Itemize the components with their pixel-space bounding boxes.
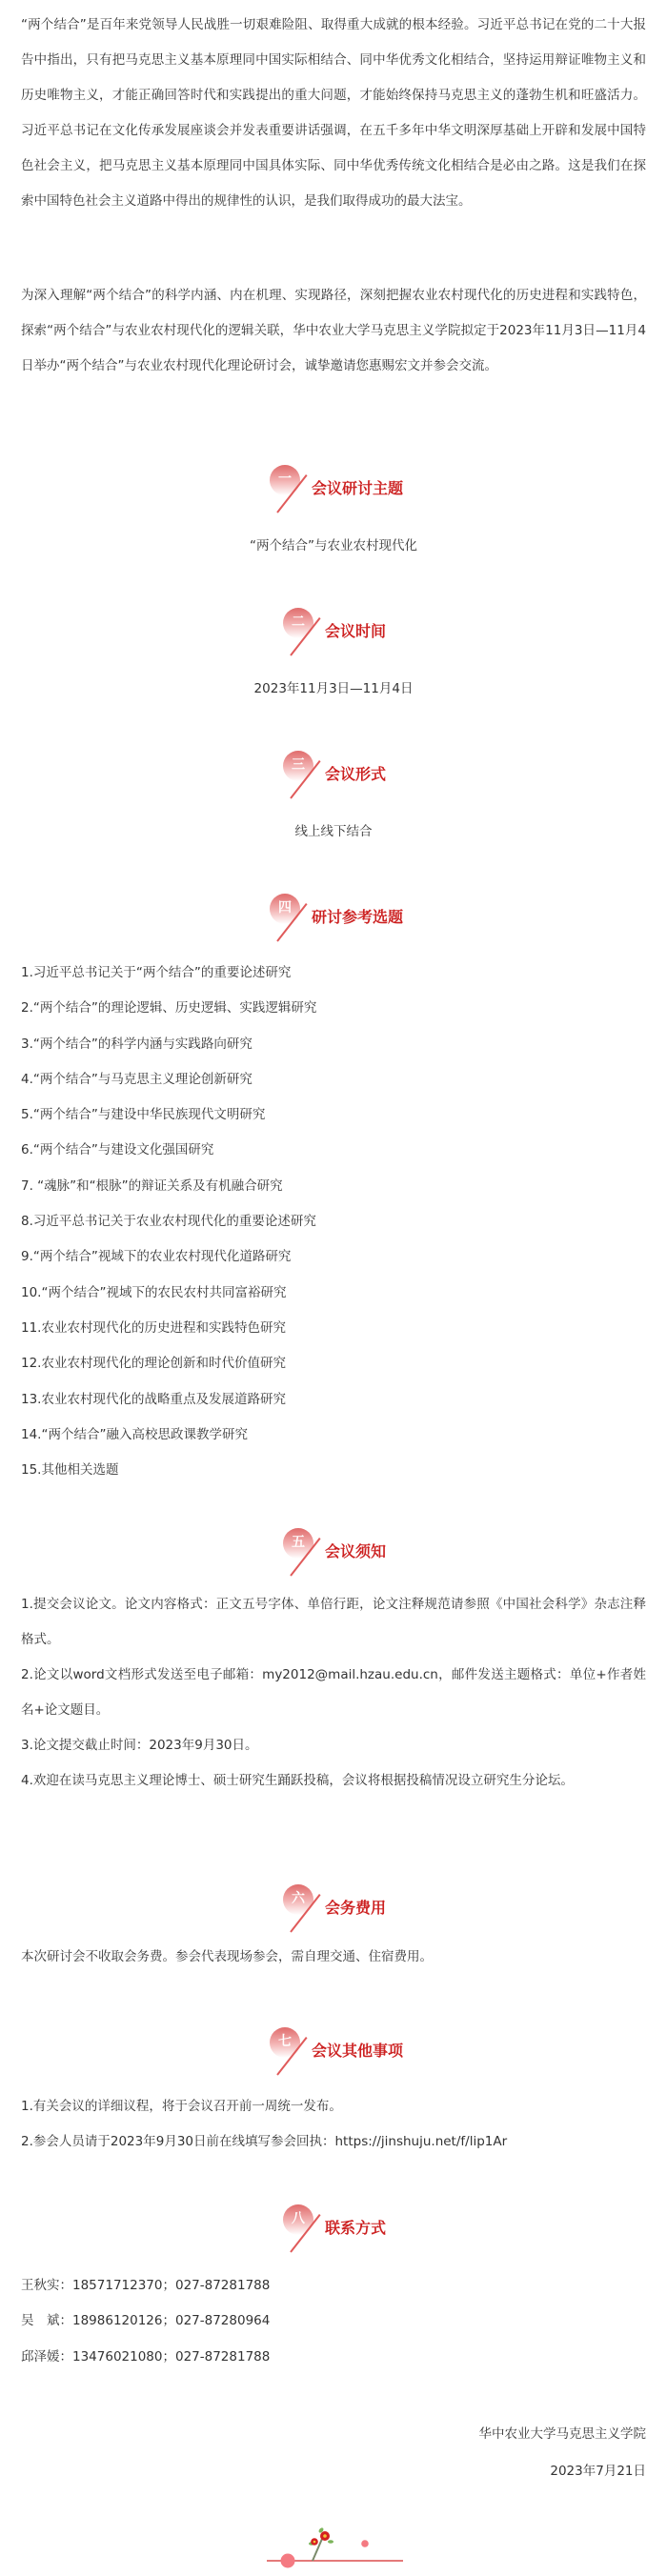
section-content-fees: 本次研讨会不收取会务费。参会代表现场参会，需自理交通、住宿费用。 (21, 1940, 646, 1975)
list-item: 2.论文以word文档形式发送至电子邮箱：my2012@mail.hzau.ed… (21, 1658, 646, 1728)
section-number-badge: 八 (283, 2204, 313, 2235)
section-header-contacts: 八 联系方式 (0, 2204, 667, 2252)
list-item: 8.习近平总书记关于农业农村现代化的重要论述研究 (21, 1204, 650, 1239)
list-item: 10.“两个结合”视域下的农民农村共同富裕研究 (21, 1276, 650, 1311)
contact-item: 王秋实：18571712370；027-87281788 (21, 2268, 650, 2304)
intro-paragraph-1: “两个结合”是百年来党领导人民战胜一切艰难险阻、取得重大成就的根本经验。习近平总… (21, 8, 646, 219)
list-item: 1.提交会议论文。论文内容格式：正文五号字体、单倍行距，论文注释规范请参照《中国… (21, 1587, 646, 1658)
contact-item: 吴 斌：18986120126；027-87280964 (21, 2304, 650, 2339)
signature-date: 2023年7月21日 (550, 2460, 646, 2479)
section-number-badge: 一 (270, 465, 300, 495)
section-content-theme: “两个结合”与农业农村现代化 (0, 534, 667, 553)
section-title: 联系方式 (325, 2216, 386, 2238)
section-title: 会务费用 (325, 1896, 386, 1918)
list-item: 1.习近平总书记关于“两个结合”的重要论述研究 (21, 956, 650, 991)
section-number-badge: 五 (283, 1528, 313, 1559)
section-number-badge: 四 (270, 894, 300, 924)
list-item: 13.农业农村现代化的战略重点及发展道路研究 (21, 1382, 650, 1418)
section-header-fees: 六 会务费用 (0, 1884, 667, 1932)
contact-item: 邱泽媛：13476021080；027-87281788 (21, 2340, 650, 2375)
list-item: 4.“两个结合”与马克思主义理论创新研究 (21, 1062, 650, 1097)
list-item: 15.其他相关选题 (21, 1453, 650, 1488)
section-number-badge: 二 (283, 608, 313, 638)
section-number-badge: 三 (283, 751, 313, 781)
section-header-time: 二 会议时间 (0, 608, 667, 655)
section-content-format: 线上线下结合 (0, 820, 667, 839)
section-header-notes: 五 会议须知 (0, 1528, 667, 1576)
section-title: 会议时间 (325, 619, 386, 641)
section-header-theme: 一 会议研讨主题 (0, 465, 667, 513)
intro-paragraph-2: 为深入理解“两个结合”的科学内涵、内在机理、实现路径，深刻把握农业农村现代化的历… (21, 278, 646, 384)
list-item: 11.农业农村现代化的历史进程和实践特色研究 (21, 1311, 650, 1346)
section-title: 会议研讨主题 (312, 476, 403, 498)
registration-link-text[interactable]: 2.参会人员请于2023年9月30日前在线填写参会回执：https://jins… (21, 2134, 507, 2149)
section-number-badge: 六 (283, 1884, 313, 1915)
list-item: 7. “魂脉”和“根脉”的辩证关系及有机融合研究 (21, 1169, 650, 1204)
section-title: 会议形式 (325, 762, 386, 784)
section-title: 会议须知 (325, 1540, 386, 1561)
list-item: 4.欢迎在读马克思主义理论博士、硕士研究生踊跃投稿，会议将根据投稿情况设立研究生… (21, 1763, 646, 1799)
flower-divider-icon (267, 2520, 405, 2572)
list-item: 6.“两个结合”与建设文化强国研究 (21, 1133, 650, 1168)
list-item: 2.参会人员请于2023年9月30日前在线填写参会回执：https://jins… (21, 2124, 646, 2160)
section-header-other: 七 会议其他事项 (0, 2027, 667, 2075)
list-item: 3.“两个结合”的科学内涵与实践路向研究 (21, 1027, 650, 1062)
list-item: 3.论文提交截止时间：2023年9月30日。 (21, 1728, 646, 1763)
section-title: 会议其他事项 (312, 2039, 403, 2061)
signature-organization: 华中农业大学马克思主义学院 (479, 2423, 647, 2442)
list-item: 2.“两个结合”的理论逻辑、历史逻辑、实践逻辑研究 (21, 991, 650, 1026)
list-item: 12.农业农村现代化的理论创新和时代价值研究 (21, 1346, 650, 1381)
topics-list: 1.习近平总书记关于“两个结合”的重要论述研究 2.“两个结合”的理论逻辑、历史… (21, 956, 650, 1488)
section-number-badge: 七 (270, 2027, 300, 2058)
list-item: 1.有关会议的详细议程，将于会议召开前一周统一发布。 (21, 2089, 646, 2124)
section-content-time: 2023年11月3日—11月4日 (0, 677, 667, 696)
contacts-list: 王秋实：18571712370；027-87281788 吴 斌：1898612… (21, 2268, 650, 2375)
list-item: 5.“两个结合”与建设中华民族现代文明研究 (21, 1097, 650, 1133)
list-item: 9.“两个结合”视域下的农业农村现代化道路研究 (21, 1239, 650, 1275)
section-header-format: 三 会议形式 (0, 751, 667, 798)
section-header-topics: 四 研讨参考选题 (0, 894, 667, 941)
section-title: 研讨参考选题 (312, 905, 403, 927)
list-item: 14.“两个结合”融入高校思政课教学研究 (21, 1418, 650, 1453)
